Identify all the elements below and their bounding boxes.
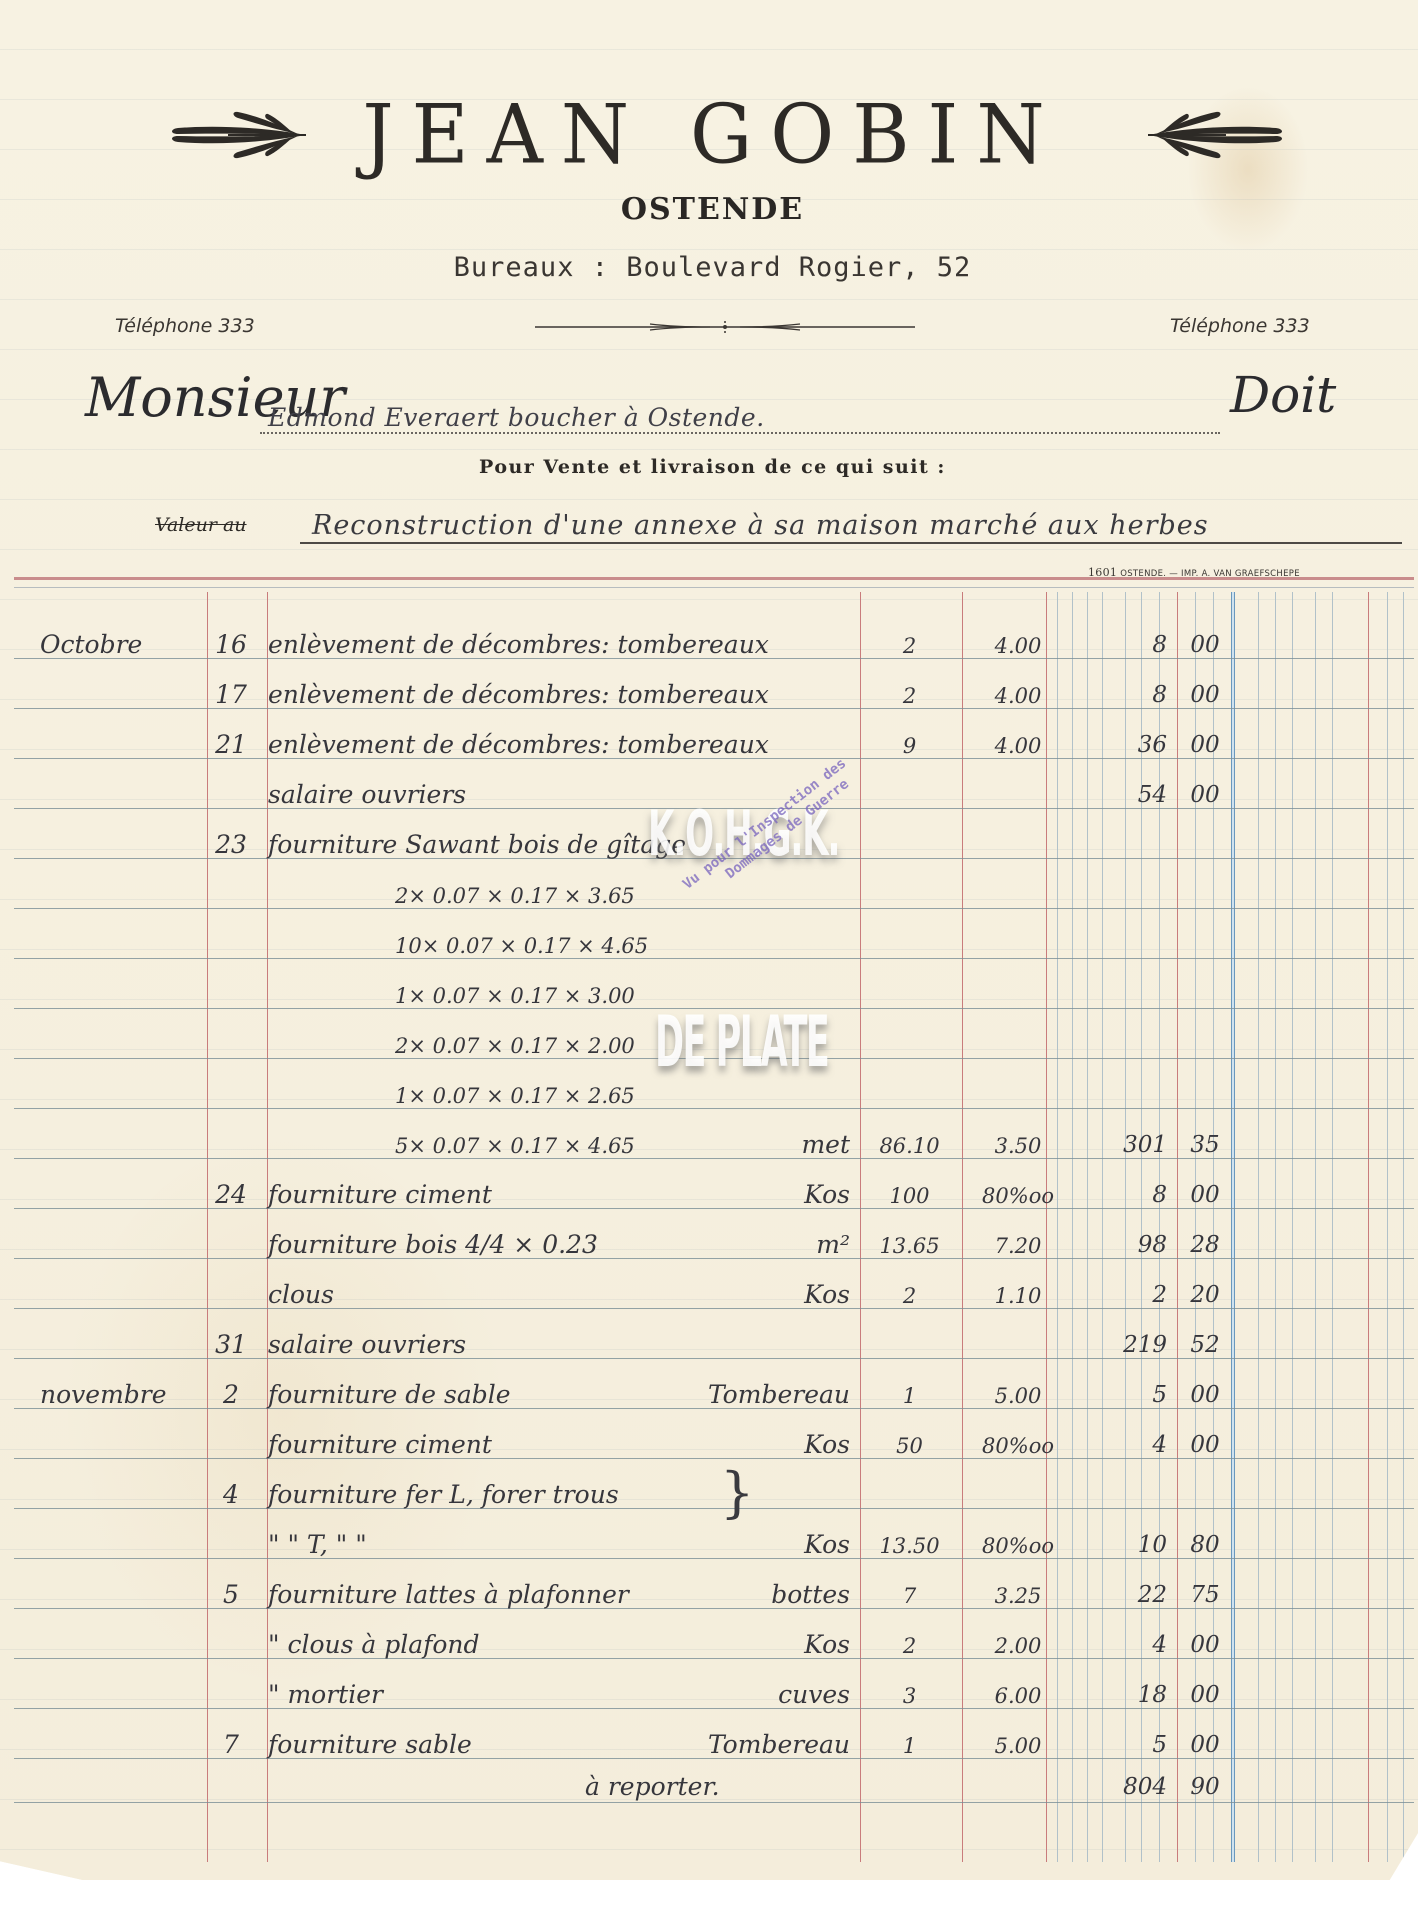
ledger-row: 21enlèvement de décombres: tombereaux94.…: [0, 711, 1425, 761]
row-unit: Tombereau: [708, 1382, 850, 1407]
row-amount-cents: 52: [1180, 1334, 1230, 1357]
row-unit: Kos: [804, 1182, 850, 1207]
ledger-row: " clous à plafondKos22.00400: [0, 1611, 1425, 1661]
row-amount-francs: 2: [1152, 1284, 1167, 1307]
ledger-top-grey-rule: [14, 587, 1414, 588]
row-description: enlèvement de décombres: tombereaux: [268, 732, 769, 757]
doit-label: Doit: [1230, 366, 1336, 424]
ledger-top-red-rule: [14, 577, 1414, 580]
ledger-row: 5fourniture lattes à plafonnerbottes73.2…: [0, 1561, 1425, 1611]
row-description: fourniture de sable: [268, 1382, 511, 1407]
row-description: 1× 0.07 × 0.17 × 2.65: [395, 1086, 635, 1107]
row-day: 4: [206, 1482, 256, 1507]
row-amount-francs: 10: [1138, 1534, 1167, 1557]
ledger-row: 24fourniture cimentKos10080%oo800: [0, 1161, 1425, 1211]
ledger-row: 5× 0.07 × 0.17 × 4.65met86.103.5030135: [0, 1111, 1425, 1161]
carry-forward-cents: 90: [1180, 1776, 1230, 1799]
row-description: " mortier: [268, 1682, 383, 1707]
ledger-row: 4fourniture fer L, forer trous: [0, 1461, 1425, 1511]
row-quantity: 7: [862, 1586, 957, 1607]
row-quantity: 2: [862, 1636, 957, 1657]
row-day: 2: [206, 1382, 256, 1407]
row-description: salaire ouvriers: [268, 1332, 466, 1357]
row-amount-francs: 219: [1123, 1334, 1167, 1357]
brace-symbol: }: [720, 1466, 754, 1520]
row-amount-cents: 80: [1180, 1534, 1230, 1557]
row-description: enlèvement de décombres: tombereaux: [268, 682, 769, 707]
row-unit: cuves: [778, 1682, 850, 1707]
row-unit: Kos: [804, 1632, 850, 1657]
row-unit-price: 80%oo: [968, 1186, 1068, 1207]
row-amount-francs: 36: [1138, 734, 1167, 757]
row-amount-francs: 4: [1152, 1434, 1167, 1457]
company-city: OSTENDE: [0, 192, 1425, 227]
row-unit-price: 4.00: [968, 636, 1068, 657]
ledger-row: 31salaire ouvriers21952: [0, 1311, 1425, 1361]
ledger-row: 17enlèvement de décombres: tombereaux24.…: [0, 661, 1425, 711]
valeur-description: Reconstruction d'une annexe à sa maison …: [312, 510, 1209, 541]
row-amount-cents: 00: [1180, 684, 1230, 707]
addressee-name: Edmond Everaert boucher à Ostende.: [268, 403, 765, 432]
row-quantity: 2: [862, 1286, 957, 1307]
row-description: clous: [268, 1282, 334, 1307]
row-amount-cents: 00: [1180, 1684, 1230, 1707]
row-description: fourniture ciment: [268, 1432, 492, 1457]
company-address: Bureaux : Boulevard Rogier, 52: [0, 252, 1425, 283]
row-unit-price: 3.50: [968, 1136, 1068, 1157]
row-quantity: 13.65: [862, 1236, 957, 1257]
row-amount-cents: 00: [1180, 734, 1230, 757]
row-unit-price: 2.00: [968, 1636, 1068, 1657]
ledger-row: novembre2fourniture de sableTombereau15.…: [0, 1361, 1425, 1411]
row-quantity: 3: [862, 1686, 957, 1707]
deplate-watermark: DE PLATE: [655, 1007, 828, 1077]
row-quantity: 2: [862, 636, 957, 657]
row-amount-francs: 8: [1152, 634, 1167, 657]
row-description: " " T, " ": [268, 1532, 367, 1557]
carry-forward-label: à reporter.: [585, 1774, 720, 1799]
row-amount-cents: 00: [1180, 634, 1230, 657]
row-amount-cents: 00: [1180, 784, 1230, 807]
row-quantity: 2: [862, 686, 957, 707]
row-unit: Kos: [804, 1432, 850, 1457]
row-amount-francs: 54: [1138, 784, 1167, 807]
row-description: fourniture fer L, forer trous: [268, 1482, 619, 1507]
row-unit: met: [801, 1132, 850, 1157]
right-ornament-icon: [1146, 110, 1286, 160]
ledger-row: " mortiercuves36.001800: [0, 1661, 1425, 1711]
row-day: 23: [206, 832, 256, 857]
row-unit-price: 5.00: [968, 1386, 1068, 1407]
row-amount-francs: 8: [1152, 1184, 1167, 1207]
row-unit-price: 4.00: [968, 686, 1068, 707]
row-month: Octobre: [40, 632, 142, 657]
row-amount-francs: 5: [1152, 1384, 1167, 1407]
addressee-dotted-line: [260, 432, 1220, 434]
row-amount-francs: 8: [1152, 684, 1167, 707]
telephone-right: Téléphone 333: [1170, 315, 1310, 337]
carry-forward-row: à reporter. 804 90: [0, 1753, 1425, 1803]
row-amount-cents: 00: [1180, 1384, 1230, 1407]
ledger-row: fourniture cimentKos5080%oo400: [0, 1411, 1425, 1461]
carry-forward-francs: 804: [1123, 1776, 1167, 1799]
row-unit-price: 80%oo: [968, 1536, 1068, 1557]
row-amount-francs: 22: [1138, 1584, 1167, 1607]
row-unit-price: 1.10: [968, 1286, 1068, 1307]
row-amount-francs: 301: [1123, 1134, 1167, 1157]
decorative-rule-icon: [535, 318, 915, 336]
row-unit: Kos: [804, 1532, 850, 1557]
row-description: salaire ouvriers: [268, 782, 466, 807]
pour-vente-heading: Pour Vente et livraison de ce qui suit :: [0, 456, 1425, 478]
row-day: 16: [206, 632, 256, 657]
row-description: 5× 0.07 × 0.17 × 4.65: [395, 1136, 635, 1157]
row-day: 24: [206, 1182, 256, 1207]
row-quantity: 100: [862, 1186, 957, 1207]
row-day: 31: [206, 1332, 256, 1357]
row-month: novembre: [40, 1382, 167, 1407]
row-unit-price: 3.25: [968, 1586, 1068, 1607]
row-description: enlèvement de décombres: tombereaux: [268, 632, 769, 657]
row-amount-francs: 18: [1138, 1684, 1167, 1707]
row-amount-cents: 75: [1180, 1584, 1230, 1607]
row-description: fourniture Sawant bois de gîtage: [268, 832, 686, 857]
row-description: " clous à plafond: [268, 1632, 480, 1657]
ledger-row: clousKos21.10220: [0, 1261, 1425, 1311]
row-day: 17: [206, 682, 256, 707]
row-quantity: 1: [862, 1386, 957, 1407]
row-quantity: 50: [862, 1436, 957, 1457]
row-unit: bottes: [771, 1582, 850, 1607]
row-unit-price: 4.00: [968, 736, 1068, 757]
ledger-row: fourniture bois 4/4 × 0.23m²13.657.20982…: [0, 1211, 1425, 1261]
row-day: 5: [206, 1582, 256, 1607]
row-quantity: 86.10: [862, 1136, 957, 1157]
row-amount-cents: 00: [1180, 1434, 1230, 1457]
row-description: 2× 0.07 × 0.17 × 2.00: [395, 1036, 635, 1057]
row-unit: Kos: [804, 1282, 850, 1307]
row-day: 21: [206, 732, 256, 757]
invoice-sheet: JEAN GOBIN OSTENDE Bureaux : Boulevard R…: [0, 0, 1418, 1880]
row-amount-cents: 28: [1180, 1234, 1230, 1257]
row-quantity: 13.50: [862, 1536, 957, 1557]
row-unit: m²: [816, 1232, 850, 1257]
row-unit-price: 7.20: [968, 1236, 1068, 1257]
row-amount-cents: 35: [1180, 1134, 1230, 1157]
row-description: fourniture bois 4/4 × 0.23: [268, 1232, 598, 1257]
row-description: fourniture ciment: [268, 1182, 492, 1207]
row-amount-cents: 00: [1180, 1634, 1230, 1657]
ledger-row: Octobre16enlèvement de décombres: tomber…: [0, 611, 1425, 661]
telephone-left: Téléphone 333: [115, 315, 255, 337]
row-unit-price: 6.00: [968, 1686, 1068, 1707]
row-unit-price: 80%oo: [968, 1436, 1068, 1457]
row-amount-francs: 98: [1138, 1234, 1167, 1257]
ledger-row: " " T, " "Kos13.5080%oo1080: [0, 1511, 1425, 1561]
row-description: fourniture lattes à plafonner: [268, 1582, 629, 1607]
row-description: 2× 0.07 × 0.17 × 3.65: [395, 886, 635, 907]
row-amount-cents: 20: [1180, 1284, 1230, 1307]
row-description: 10× 0.07 × 0.17 × 4.65: [395, 936, 648, 957]
ledger-row: 10× 0.07 × 0.17 × 4.65: [0, 911, 1425, 961]
row-description: 1× 0.07 × 0.17 × 3.00: [395, 986, 635, 1007]
row-amount-francs: 4: [1152, 1634, 1167, 1657]
row-amount-cents: 00: [1180, 1184, 1230, 1207]
valeur-underline: [300, 542, 1402, 544]
valeur-label: Valeur au: [155, 514, 247, 536]
